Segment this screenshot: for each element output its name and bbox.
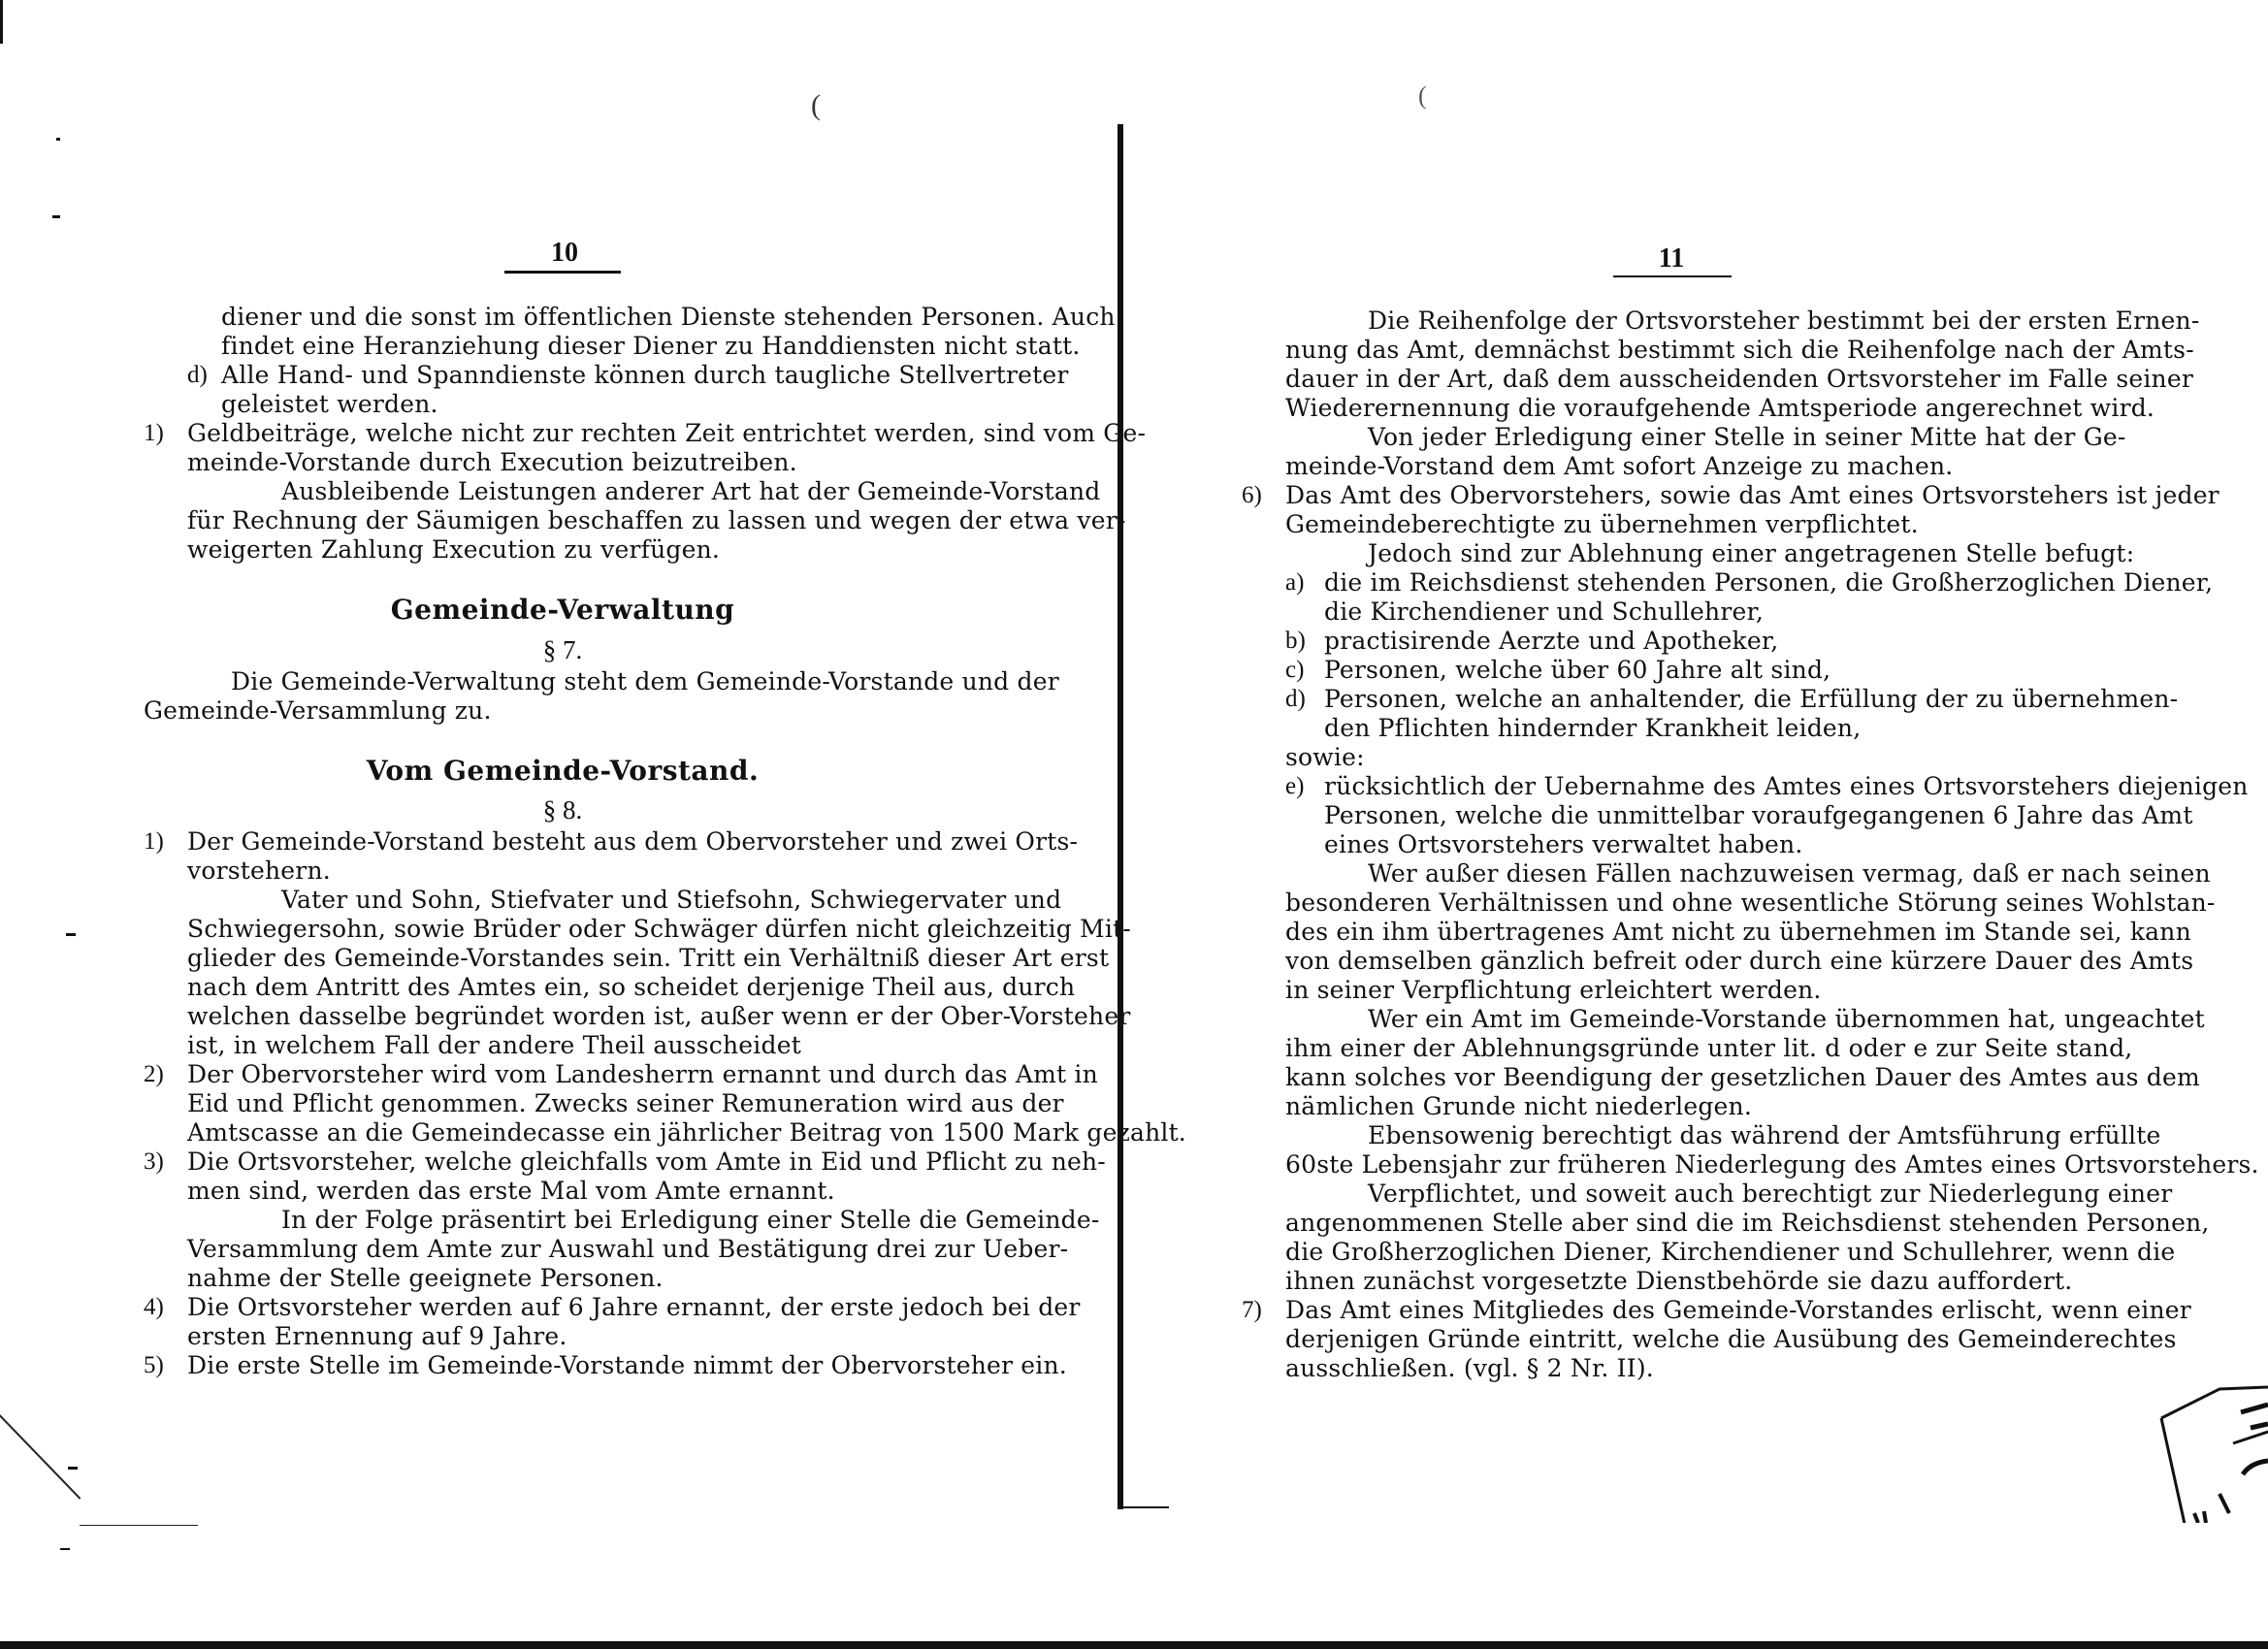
text-line: Jedoch sind zur Ablehnung einer angetrag… — [1368, 539, 2086, 568]
text-line: kann solches vor Beendigung der gesetzli… — [1285, 1063, 2098, 1092]
text-line: Personen, welche die unmittelbar voraufg… — [1324, 801, 2098, 830]
text-line: die Kirchendiener und Schullehrer, — [1324, 598, 1712, 627]
item-number: c) — [1285, 656, 1304, 685]
text-line: von demselben gänzlich befreit oder durc… — [1285, 947, 2098, 976]
text-line: Ebensowenig berechtigt das während der A… — [1368, 1121, 2098, 1150]
right-page: 11 Die Reihenfolge der Ortsvorsteher bes… — [0, 0, 2268, 1649]
text-line: besonderen Verhältnissen und ohne wesent… — [1285, 889, 2098, 918]
item-number: d) — [1285, 685, 1306, 714]
item-number: a) — [1285, 568, 1304, 598]
text-line: Gemeindeberechtigte zu übernehmen verpfl… — [1285, 510, 1829, 539]
text-line: 60ste Lebensjahr zur früheren Niederlegu… — [1285, 1150, 2098, 1180]
text-line: Das Amt des Obervorstehers, sowie das Am… — [1285, 481, 2098, 510]
text-line: derjenigen Gründe eintritt, welche die A… — [1285, 1325, 2098, 1354]
text-line: Personen, welche über 60 Jahre alt sind, — [1324, 656, 1780, 685]
text-line: nung das Amt, demnächst bestimmt sich di… — [1285, 336, 2098, 365]
text-line: die im Reichsdienst stehenden Personen, … — [1324, 568, 2098, 598]
item-number: 7) — [1242, 1296, 1262, 1325]
text-line: sowie: — [1285, 743, 1363, 772]
text-line: Von jeder Erledigung einer Stelle in sei… — [1368, 423, 2098, 452]
text-line: rücksichtlich der Uebernahme des Amtes e… — [1324, 772, 2098, 801]
text-line: angenommenen Stelle aber sind die im Rei… — [1285, 1209, 2098, 1238]
text-line: Wer außer diesen Fällen nachzuweisen ver… — [1368, 859, 2098, 889]
text-line: eines Ortsvorstehers verwaltet haben. — [1324, 830, 1732, 859]
text-line: Verpflichtet, und soweit auch berechtigt… — [1368, 1180, 2098, 1209]
page-number-rule — [1613, 275, 1732, 277]
text-line: Die Reihenfolge der Ortsvorsteher bestim… — [1368, 307, 2098, 336]
text-line: practisirende Aerzte und Apotheker, — [1324, 627, 1732, 656]
text-line: nämlichen Grunde nicht niederlegen. — [1285, 1092, 1693, 1121]
text-line: Wer ein Amt im Gemeinde-Vorstande überno… — [1368, 1005, 2098, 1034]
text-line: dauer in der Art, daß dem ausscheidenden… — [1285, 365, 2098, 394]
text-line: Das Amt eines Mitgliedes des Gemeinde-Vo… — [1285, 1296, 2098, 1325]
page-number: 11 — [1642, 243, 1701, 275]
text-line: des ein ihm übertragenes Amt nicht zu üb… — [1285, 918, 2098, 947]
item-number: 6) — [1242, 481, 1262, 510]
item-number: e) — [1285, 772, 1304, 801]
text-line: in seiner Verpflichtung erleichtert werd… — [1285, 976, 1770, 1005]
text-line: Personen, welche an anhaltender, die Erf… — [1324, 685, 2098, 714]
text-line: ausschließen. (vgl. § 2 Nr. II). — [1285, 1354, 1625, 1383]
text-line: meinde-Vorstand dem Amt sofort Anzeige z… — [1285, 452, 1858, 481]
text-line: Wiederernennung die voraufgehende Amtspe… — [1285, 394, 2023, 423]
text-line: ihm einer der Ablehnungsgründe unter lit… — [1285, 1034, 2098, 1063]
item-number: b) — [1285, 627, 1306, 656]
text-line: ihnen zunächst vorgesetzte Dienstbehörde… — [1285, 1267, 1955, 1296]
text-line: die Großherzoglichen Diener, Kirchendien… — [1285, 1238, 2098, 1267]
text-line: den Pflichten hindernder Krankheit leide… — [1324, 714, 1799, 743]
